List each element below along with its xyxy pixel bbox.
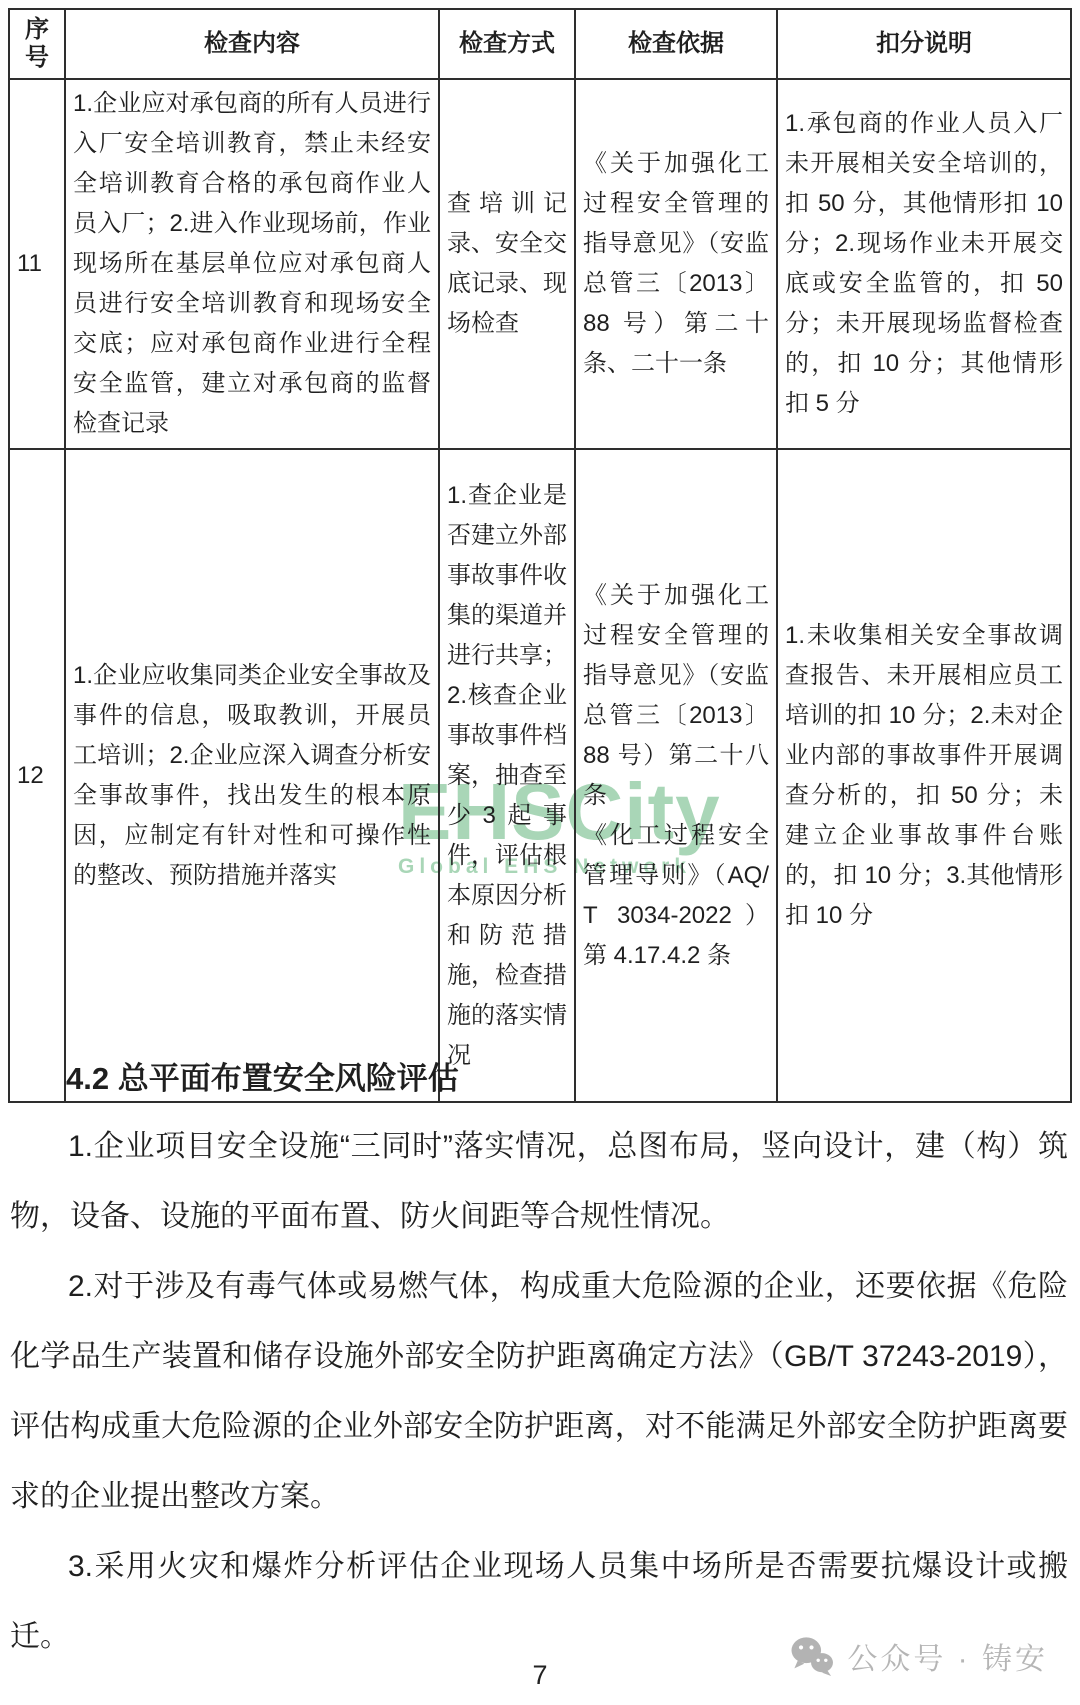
row12-method-cell: 1.查企业是否建立外部事故事件收集的渠道并进行共享；2.核查企业事故事件档案，抽… [439,449,575,1102]
table-row: 12 1.企业应收集同类企业安全事故及事件的信息，吸取教训，开展员工培训；2.企… [9,449,1071,1102]
inspection-table: 序号 检查内容 检查方式 检查依据 扣分说明 11 1.企业应对承包商的所有人员… [8,8,1072,1103]
table-row: 11 1.企业应对承包商的所有人员进行入厂安全培训教育，禁止未经安全培训教育合格… [9,79,1071,449]
section-paragraph: 2.对于涉及有毒气体或易燃气体，构成重大危险源的企业，还要依据《危险化学品生产装… [10,1252,1068,1532]
column-header-content: 检查内容 [65,9,439,79]
row12-number-cell: 12 [9,449,65,1102]
row11-basis-cell: 《关于加强化工过程安全管理的指导意见》（安监总管三〔2013〕88 号）第二十条… [575,79,777,449]
row12-content-cell: 1.企业应收集同类企业安全事故及事件的信息，吸取教训，开展员工培训；2.企业应深… [65,449,439,1102]
section-4-2: 4.2 总平面布置安全风险评估 1.企业项目安全设施“三同时”落实情况，总图布局… [10,1046,1068,1672]
column-header-method: 检查方式 [439,9,575,79]
section-heading: 4.2 总平面布置安全风险评估 [66,1046,1068,1112]
column-header-no: 序号 [9,9,65,79]
table-header-row: 序号 检查内容 检查方式 检查依据 扣分说明 [9,9,1071,79]
section-paragraph: 1.企业项目安全设施“三同时”落实情况，总图布局，竖向设计，建（构）筑物，设备、… [10,1112,1068,1252]
column-header-basis: 检查依据 [575,9,777,79]
page-number: 7 [0,1660,1080,1691]
column-header-deduction: 扣分说明 [777,9,1071,79]
row11-method-cell: 查培训记录、安全交底记录、现场检查 [439,79,575,449]
row11-number-cell: 11 [9,79,65,449]
row12-deduction-cell: 1.未收集相关安全事故调查报告、未开展相应员工培训的扣 10 分；2.未对企业内… [777,449,1071,1102]
document-page: EHSCity Global EHS Network 序号 检查内容 检查方式 … [0,0,1080,1705]
row11-content-cell: 1.企业应对承包商的所有人员进行入厂安全培训教育，禁止未经安全培训教育合格的承包… [65,79,439,449]
row11-deduction-cell: 1.承包商的作业人员入厂未开展相关安全培训的，扣 50 分，其他情形扣 10 分… [777,79,1071,449]
row12-basis-cell: 《关于加强化工过程安全管理的指导意见》（安监总管三〔2013〕88 号）第二十八… [575,449,777,1102]
